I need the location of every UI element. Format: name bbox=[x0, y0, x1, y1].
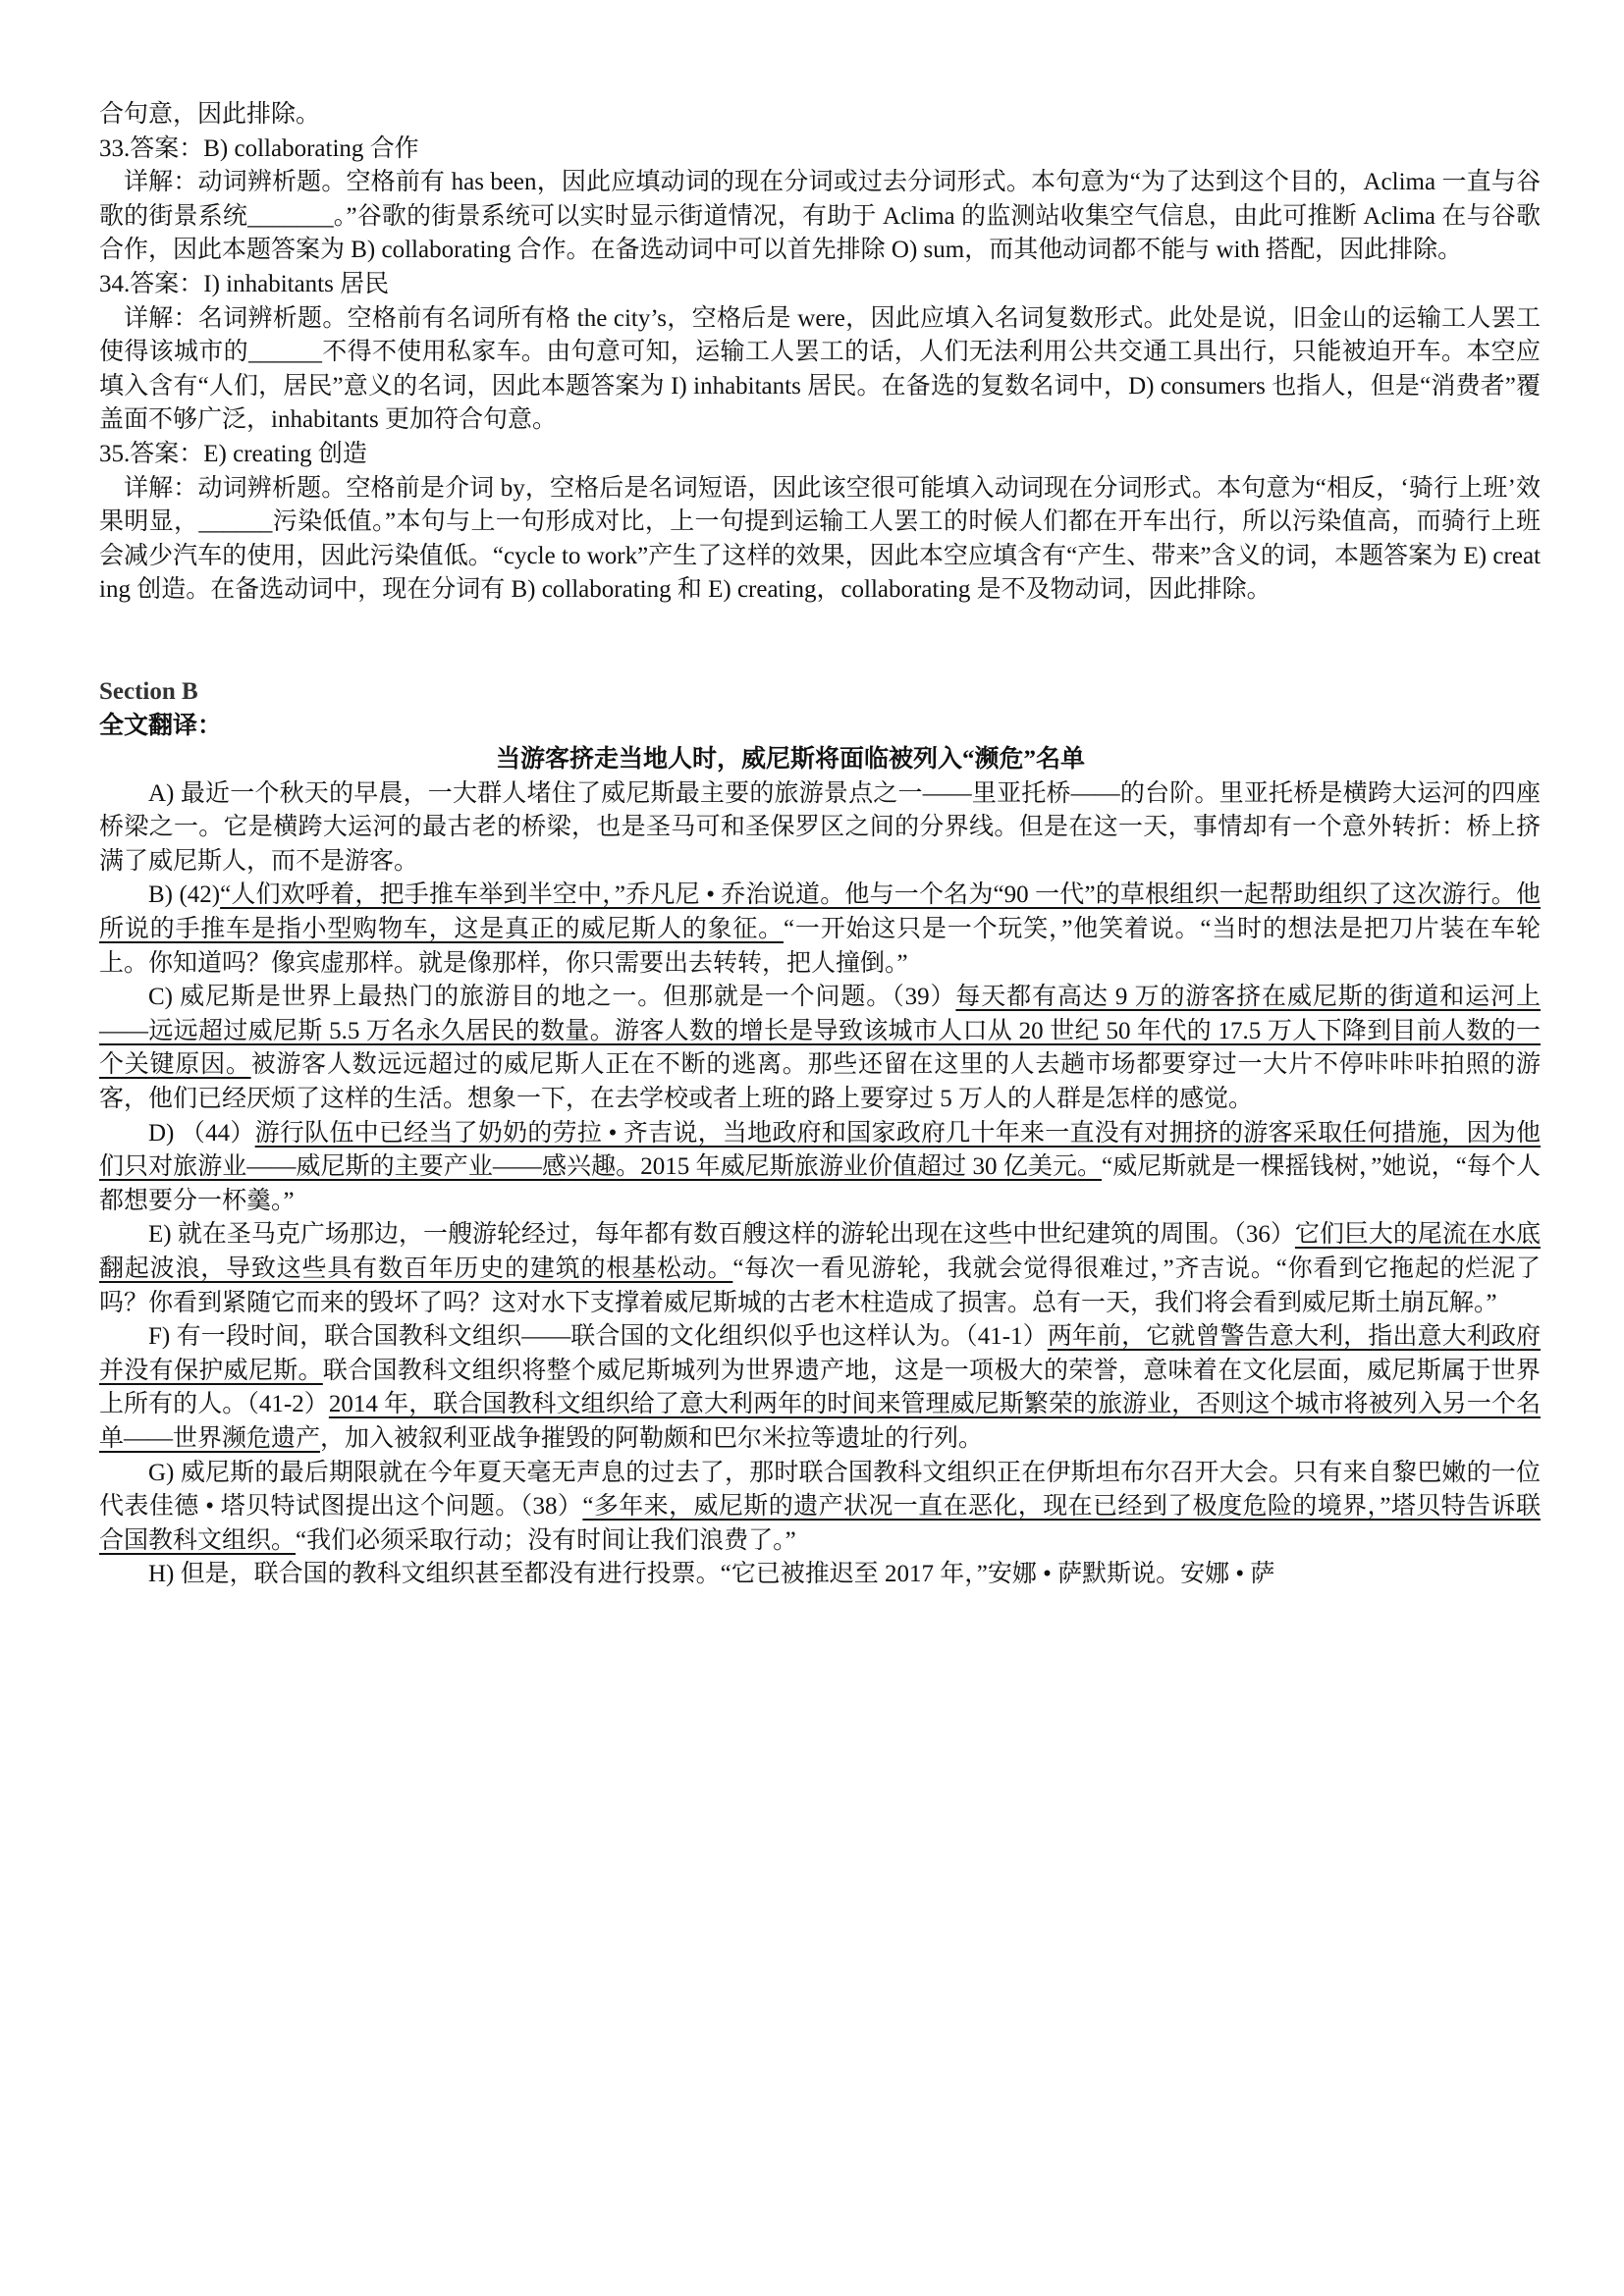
answer-33: 33.答案：B) collaborating 合作 详解：动词辨析题。空格前有 … bbox=[99, 133, 1541, 268]
paragraph-c: C) 威尼斯是世界上最热门的旅游目的地之一。但那就是一个问题。（39）每天都有高… bbox=[99, 981, 1541, 1116]
paragraph-g: G) 威尼斯的最后期限就在今年夏天毫无声息的过去了，那时联合国教科文组织正在伊斯… bbox=[99, 1457, 1541, 1559]
answer-heading: 34.答案：I) inhabitants 居民 bbox=[99, 268, 1541, 302]
text-segment: F) 有一段时间，联合国教科文组织——联合国的文化组织似乎也这样认为。（41-1… bbox=[148, 1323, 1048, 1350]
text-segment: A) 最近一个秋天的早晨，一大群人堵住了威尼斯最主要的旅游景点之一——里亚托桥—… bbox=[99, 780, 1541, 875]
answer-35: 35.答案：E) creating 创造 详解：动词辨析题。空格前是介词 by，… bbox=[99, 438, 1541, 608]
paragraph-a: A) 最近一个秋天的早晨，一大群人堵住了威尼斯最主要的旅游景点之一——里亚托桥—… bbox=[99, 777, 1541, 880]
text-segment: E) 就在圣马克广场那边，一艘游轮经过，每年都有数百艘这样的游轮出现在这些中世纪… bbox=[148, 1221, 1295, 1248]
translation-label: 全文翻译： bbox=[99, 710, 1541, 744]
answer-explanation: 详解：动词辨析题。空格前是介词 by，空格后是名词短语，因此该空很可能填入动词现… bbox=[99, 472, 1541, 608]
answer-explanation: 详解：动词辨析题。空格前有 has been，因此应填动词的现在分词或过去分词形… bbox=[99, 166, 1541, 268]
text-segment: B) (42) bbox=[148, 881, 220, 908]
section-heading: Section B bbox=[99, 675, 1541, 710]
paragraph-f: F) 有一段时间，联合国教科文组织——联合国的文化组织似乎也这样认为。（41-1… bbox=[99, 1320, 1541, 1456]
section-gap bbox=[99, 608, 1541, 675]
paragraph-e: E) 就在圣马克广场那边，一艘游轮经过，每年都有数百艘这样的游轮出现在这些中世纪… bbox=[99, 1218, 1541, 1320]
text-segment: C) 威尼斯是世界上最热门的旅游目的地之一。但那就是一个问题。（39） bbox=[148, 984, 955, 1010]
article-title: 当游客挤走当地人时，威尼斯将面临被列入“濒危”名单 bbox=[99, 743, 1541, 777]
text-segment: ，加入被叙利亚战争摧毁的阿勒颇和巴尔米拉等遗址的行列。 bbox=[320, 1425, 983, 1452]
answer-heading: 35.答案：E) creating 创造 bbox=[99, 438, 1541, 472]
answer-34: 34.答案：I) inhabitants 居民 详解：名词辨析题。空格前有名词所… bbox=[99, 268, 1541, 438]
text-segment: 被游客人数远远超过的威尼斯人正在不断的逃离。那些还留在这里的人去趟市场都要穿过一… bbox=[99, 1051, 1541, 1112]
text-segment: D) （44） bbox=[148, 1120, 255, 1147]
document-page: 合句意，因此排除。 33.答案：B) collaborating 合作 详解：动… bbox=[99, 98, 1541, 1592]
article-body: A) 最近一个秋天的早晨，一大群人堵住了威尼斯最主要的旅游景点之一——里亚托桥—… bbox=[99, 777, 1541, 1592]
text-segment: “我们必须采取行动；没有时间让我们浪费了。” bbox=[296, 1527, 796, 1554]
paragraph-d: D) （44）游行队伍中已经当了奶奶的劳拉 • 齐吉说，当地政府和国家政府几十年… bbox=[99, 1117, 1541, 1219]
answer-heading: 33.答案：B) collaborating 合作 bbox=[99, 133, 1541, 167]
text-segment: H) 但是，联合国的教科文组织甚至都没有进行投票。“它已被推迟至 2017 年，… bbox=[148, 1561, 1274, 1587]
lead-line: 合句意，因此排除。 bbox=[99, 98, 1541, 133]
paragraph-b: B) (42)“人们欢呼着，把手推车举到半空中，”乔凡尼 • 乔治说道。他与一个… bbox=[99, 879, 1541, 981]
answer-explanation: 详解：名词辨析题。空格前有名词所有格 the city’s，空格后是 were，… bbox=[99, 302, 1541, 438]
paragraph-h: H) 但是，联合国的教科文组织甚至都没有进行投票。“它已被推迟至 2017 年，… bbox=[99, 1558, 1541, 1592]
